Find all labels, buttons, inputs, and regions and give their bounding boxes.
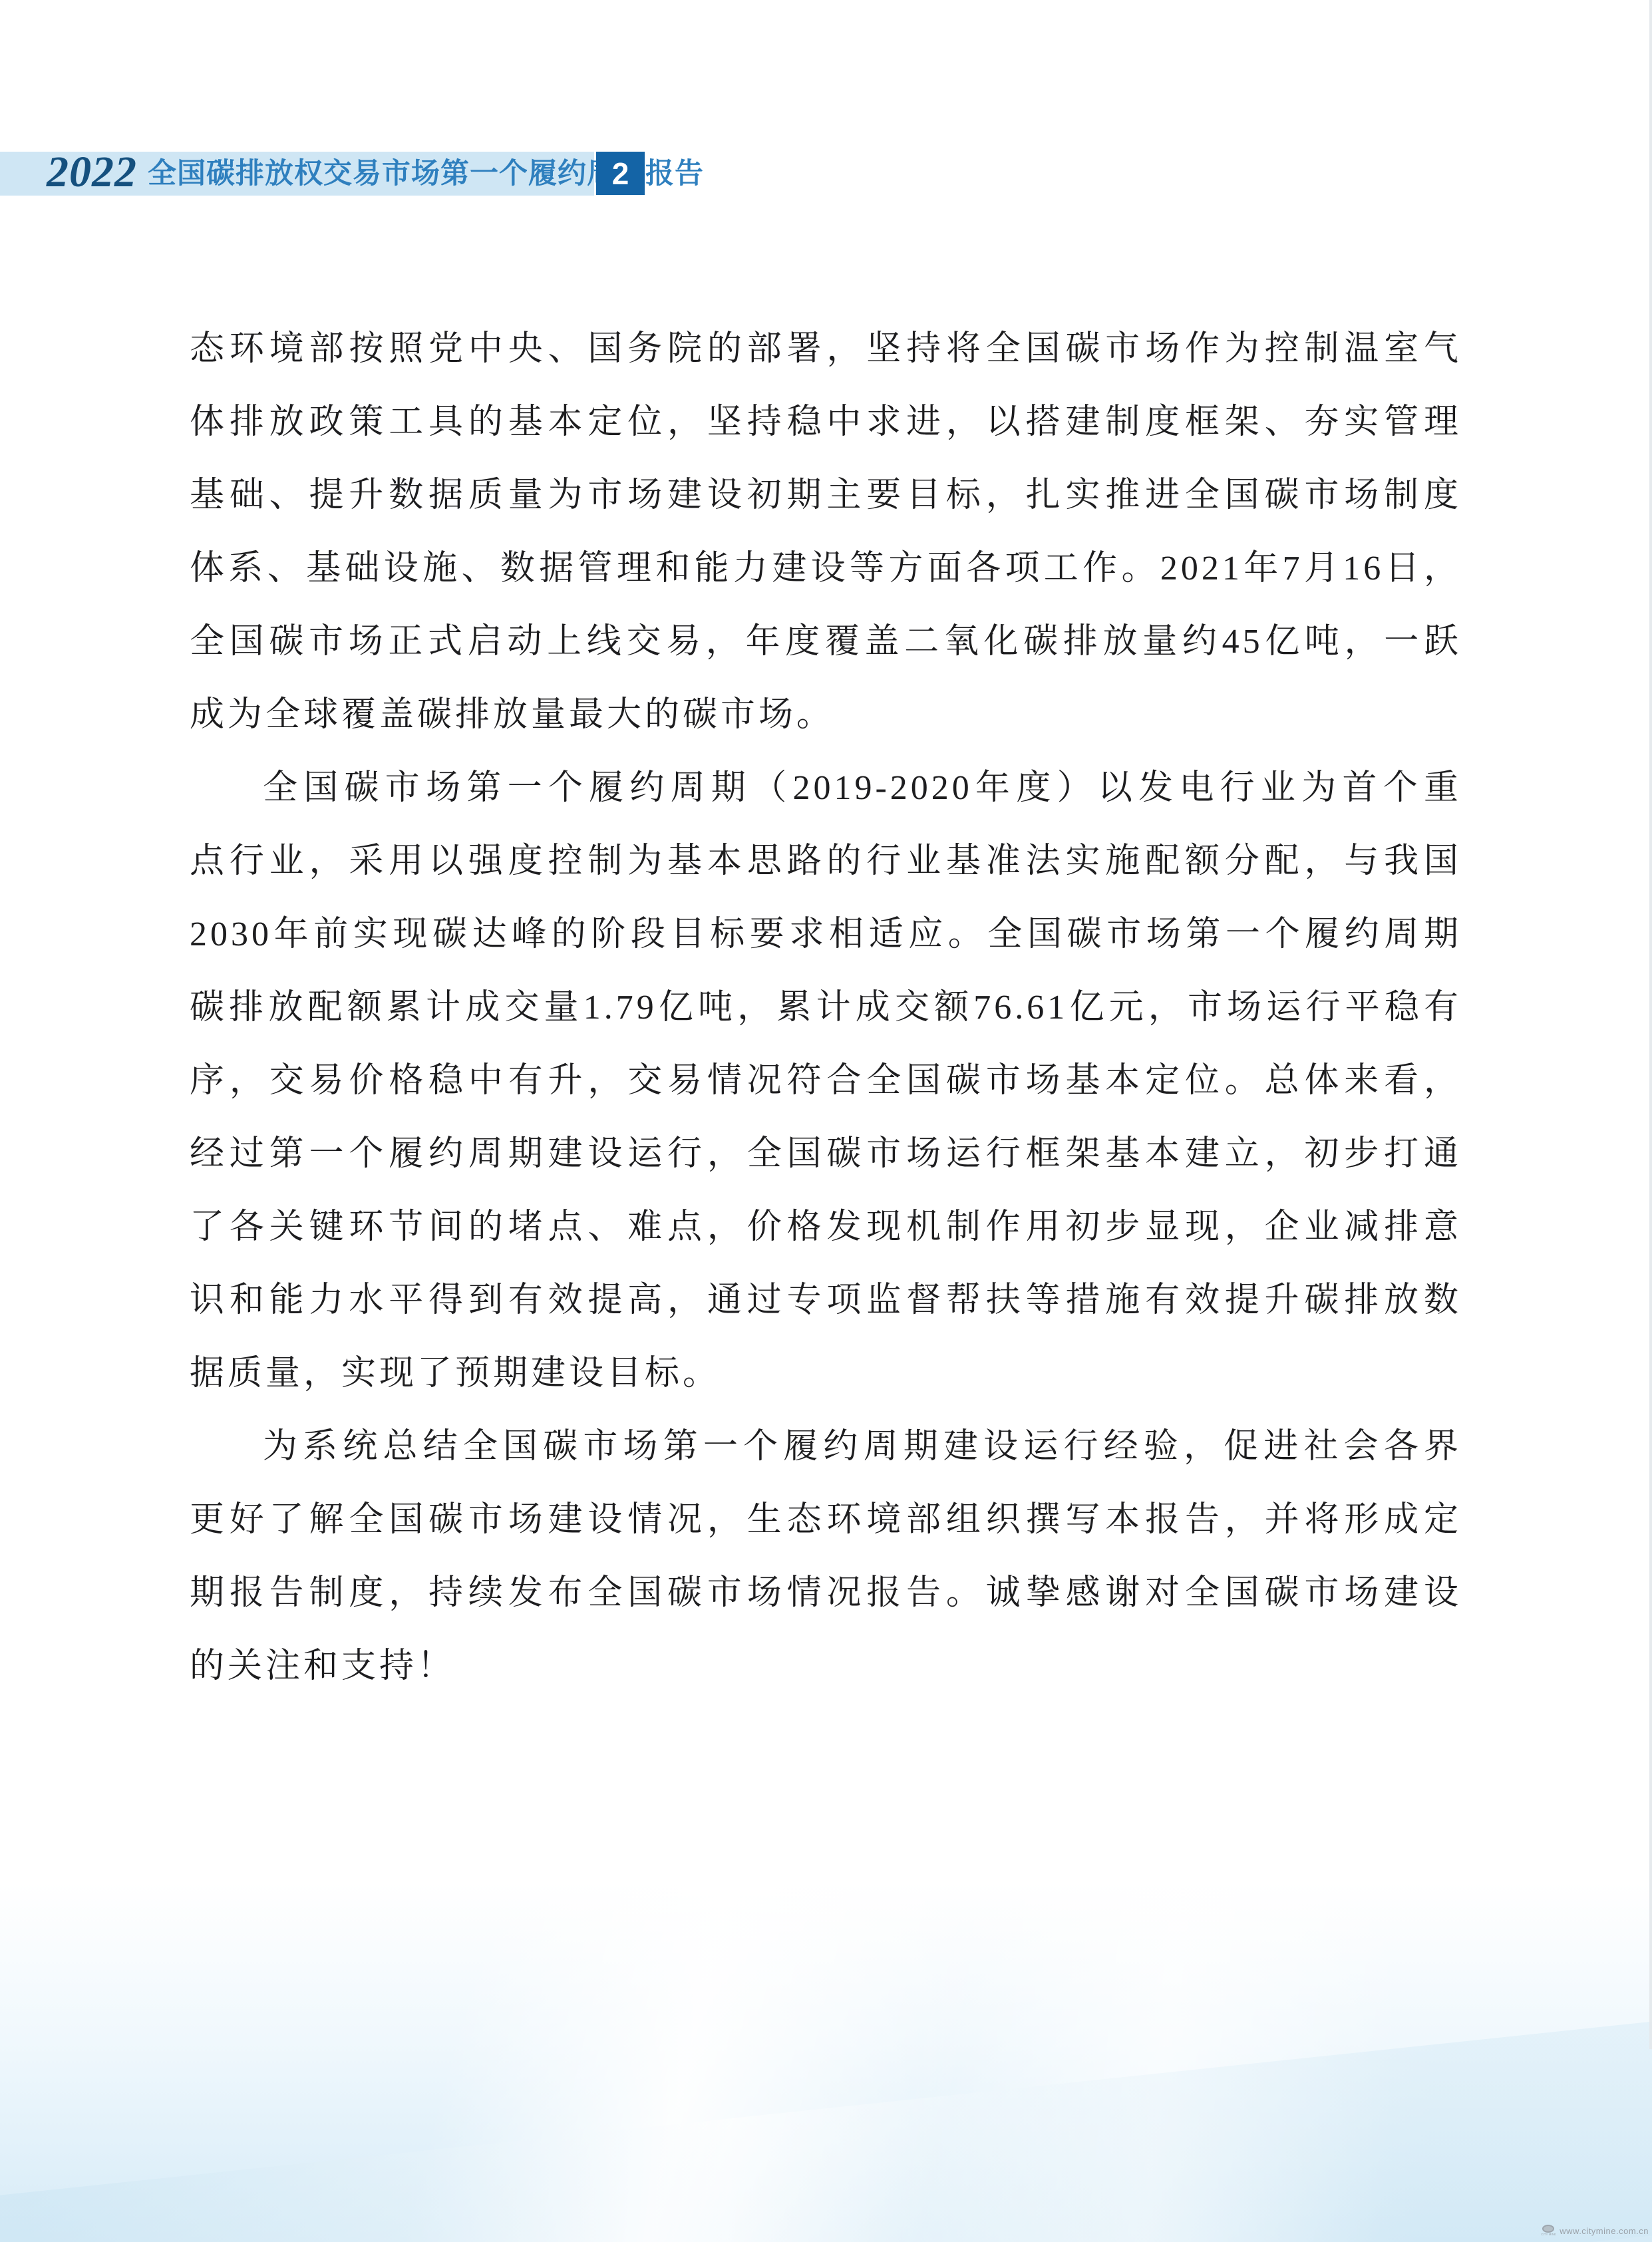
body-line: 成为全球覆盖碳排放量最大的碳市场。: [190, 679, 1462, 752]
citymine-logo-icon: CITY MINE: [1541, 2223, 1556, 2238]
header-year: 2022: [47, 150, 137, 194]
body-line: 识和能力水平得到有效提高，通过专项监督帮扶等措施有效提升碳排放数: [190, 1264, 1462, 1337]
body-line: 基础、提升数据质量为市场建设初期主要目标，扎实推进全国碳市场制度: [190, 459, 1462, 532]
body-line: 全国碳市场第一个履约周期（2019-2020年度）以发电行业为首个重: [190, 752, 1462, 825]
watermark: CITY MINE www.citymine.com.cn: [1541, 2223, 1649, 2238]
body-line: 点行业，采用以强度控制为基本思路的行业基准法实施配额分配，与我国: [190, 825, 1462, 898]
body-line: 为系统总结全国碳市场第一个履约周期建设运行经验，促进社会各界: [190, 1410, 1462, 1484]
page-edge-shadow: [1649, 0, 1652, 2049]
bottom-wave-graphic: [0, 1883, 1652, 2242]
body-line: 了各关键环节间的堵点、难点，价格发现机制作用初步显现，企业减排意: [190, 1191, 1462, 1264]
body-line: 经过第一个履约周期建设运行，全国碳市场运行框架基本建立，初步打通: [190, 1118, 1462, 1191]
report-page: { "header": { "year": "2022", "title": "…: [0, 0, 1652, 2242]
watermark-url: www.citymine.com.cn: [1560, 2226, 1649, 2236]
body-line: 的关注和支持！: [190, 1630, 1462, 1703]
page-number: 2: [612, 156, 629, 192]
header-band: 2022 全国碳排放权交易市场第一个履约周期报告: [0, 152, 594, 196]
body-line: 期报告制度，持续发布全国碳市场情况报告。诚挚感谢对全国碳市场建设: [190, 1557, 1462, 1630]
body-line: 更好了解全国碳市场建设情况，生态环境部组织撰写本报告，并将形成定: [190, 1484, 1462, 1557]
body-text: 态环境部按照党中央、国务院的部署，坚持将全国碳市场作为控制温室气体排放政策工具的…: [190, 313, 1462, 1703]
body-line: 碳排放配额累计成交量1.79亿吨，累计成交额76.61亿元，市场运行平稳有: [190, 971, 1462, 1044]
body-line: 体系、基础设施、数据管理和能力建设等方面各项工作。2021年7月16日，: [190, 532, 1462, 605]
body-line: 全国碳市场正式启动上线交易，年度覆盖二氧化碳排放量约45亿吨，一跃: [190, 605, 1462, 679]
body-line: 据质量，实现了预期建设目标。: [190, 1337, 1462, 1410]
body-line: 态环境部按照党中央、国务院的部署，坚持将全国碳市场作为控制温室气: [190, 313, 1462, 386]
citymine-logo-label: CITY MINE: [1541, 2233, 1556, 2236]
body-line: 序，交易价格稳中有升，交易情况符合全国碳市场基本定位。总体来看，: [190, 1044, 1462, 1118]
page-number-box: 2: [596, 152, 645, 195]
body-line: 体排放政策工具的基本定位，坚持稳中求进，以搭建制度框架、夯实管理: [190, 386, 1462, 459]
body-line: 2030年前实现碳达峰的阶段目标要求相适应。全国碳市场第一个履约周期: [190, 898, 1462, 971]
